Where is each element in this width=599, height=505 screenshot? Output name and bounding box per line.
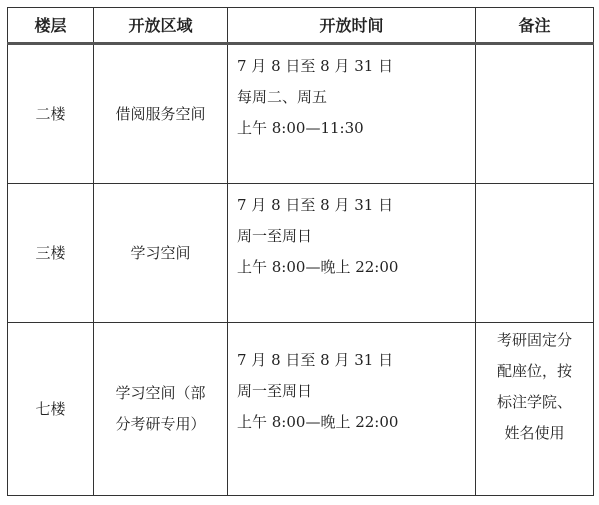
area-cell: 学习空间 [94, 184, 228, 323]
opening-schedule-table: 楼层 开放区域 开放时间 备注 二楼 借阅服务空间 7 月 8 日至 8 月 3… [7, 7, 594, 496]
note-line: 配座位，按 [476, 356, 593, 387]
time-cell: 7 月 8 日至 8 月 31 日 每周二、周五 上午 8:00—11:30 [228, 44, 476, 184]
area-line: 借阅服务空间 [115, 99, 205, 130]
table-row: 三楼 学习空间 7 月 8 日至 8 月 31 日 周一至周日 上午 8:00—… [8, 184, 594, 323]
table-row: 七楼 学习空间（部 分考研专用） 7 月 8 日至 8 月 31 日 周一至周日… [8, 323, 594, 496]
header-area: 开放区域 [94, 8, 228, 44]
header-row: 楼层 开放区域 开放时间 备注 [8, 8, 594, 44]
time-line: 上午 8:00—11:30 [237, 113, 475, 144]
area-cell: 借阅服务空间 [94, 44, 228, 184]
time-line: 7 月 8 日至 8 月 31 日 [237, 51, 475, 82]
table-row: 二楼 借阅服务空间 7 月 8 日至 8 月 31 日 每周二、周五 上午 8:… [8, 44, 594, 184]
time-line: 周一至周日 [237, 221, 475, 252]
note-line: 标注学院、 [476, 387, 593, 418]
floor-cell: 二楼 [8, 44, 94, 184]
time-line: 每周二、周五 [237, 82, 475, 113]
area-line: 分考研专用） [115, 409, 205, 440]
header-time: 开放时间 [228, 8, 476, 44]
floor-cell: 七楼 [8, 323, 94, 496]
header-floor: 楼层 [8, 8, 94, 44]
time-line: 上午 8:00—晚上 22:00 [237, 407, 475, 438]
time-cell: 7 月 8 日至 8 月 31 日 周一至周日 上午 8:00—晚上 22:00 [228, 184, 476, 323]
note-cell [476, 184, 594, 323]
area-line: 学习空间（部 [115, 378, 205, 409]
time-line: 7 月 8 日至 8 月 31 日 [237, 345, 475, 376]
area-cell: 学习空间（部 分考研专用） [94, 323, 228, 496]
time-line: 上午 8:00—晚上 22:00 [237, 252, 475, 283]
floor-cell: 三楼 [8, 184, 94, 323]
note-cell [476, 44, 594, 184]
time-line: 周一至周日 [237, 376, 475, 407]
time-line: 7 月 8 日至 8 月 31 日 [237, 190, 475, 221]
time-cell: 7 月 8 日至 8 月 31 日 周一至周日 上午 8:00—晚上 22:00 [228, 323, 476, 496]
note-cell: 考研固定分 配座位，按 标注学院、 姓名使用 [476, 323, 594, 496]
note-line: 姓名使用 [476, 418, 593, 449]
header-note: 备注 [476, 8, 594, 44]
area-line: 学习空间 [130, 238, 190, 269]
note-line: 考研固定分 [476, 325, 593, 356]
